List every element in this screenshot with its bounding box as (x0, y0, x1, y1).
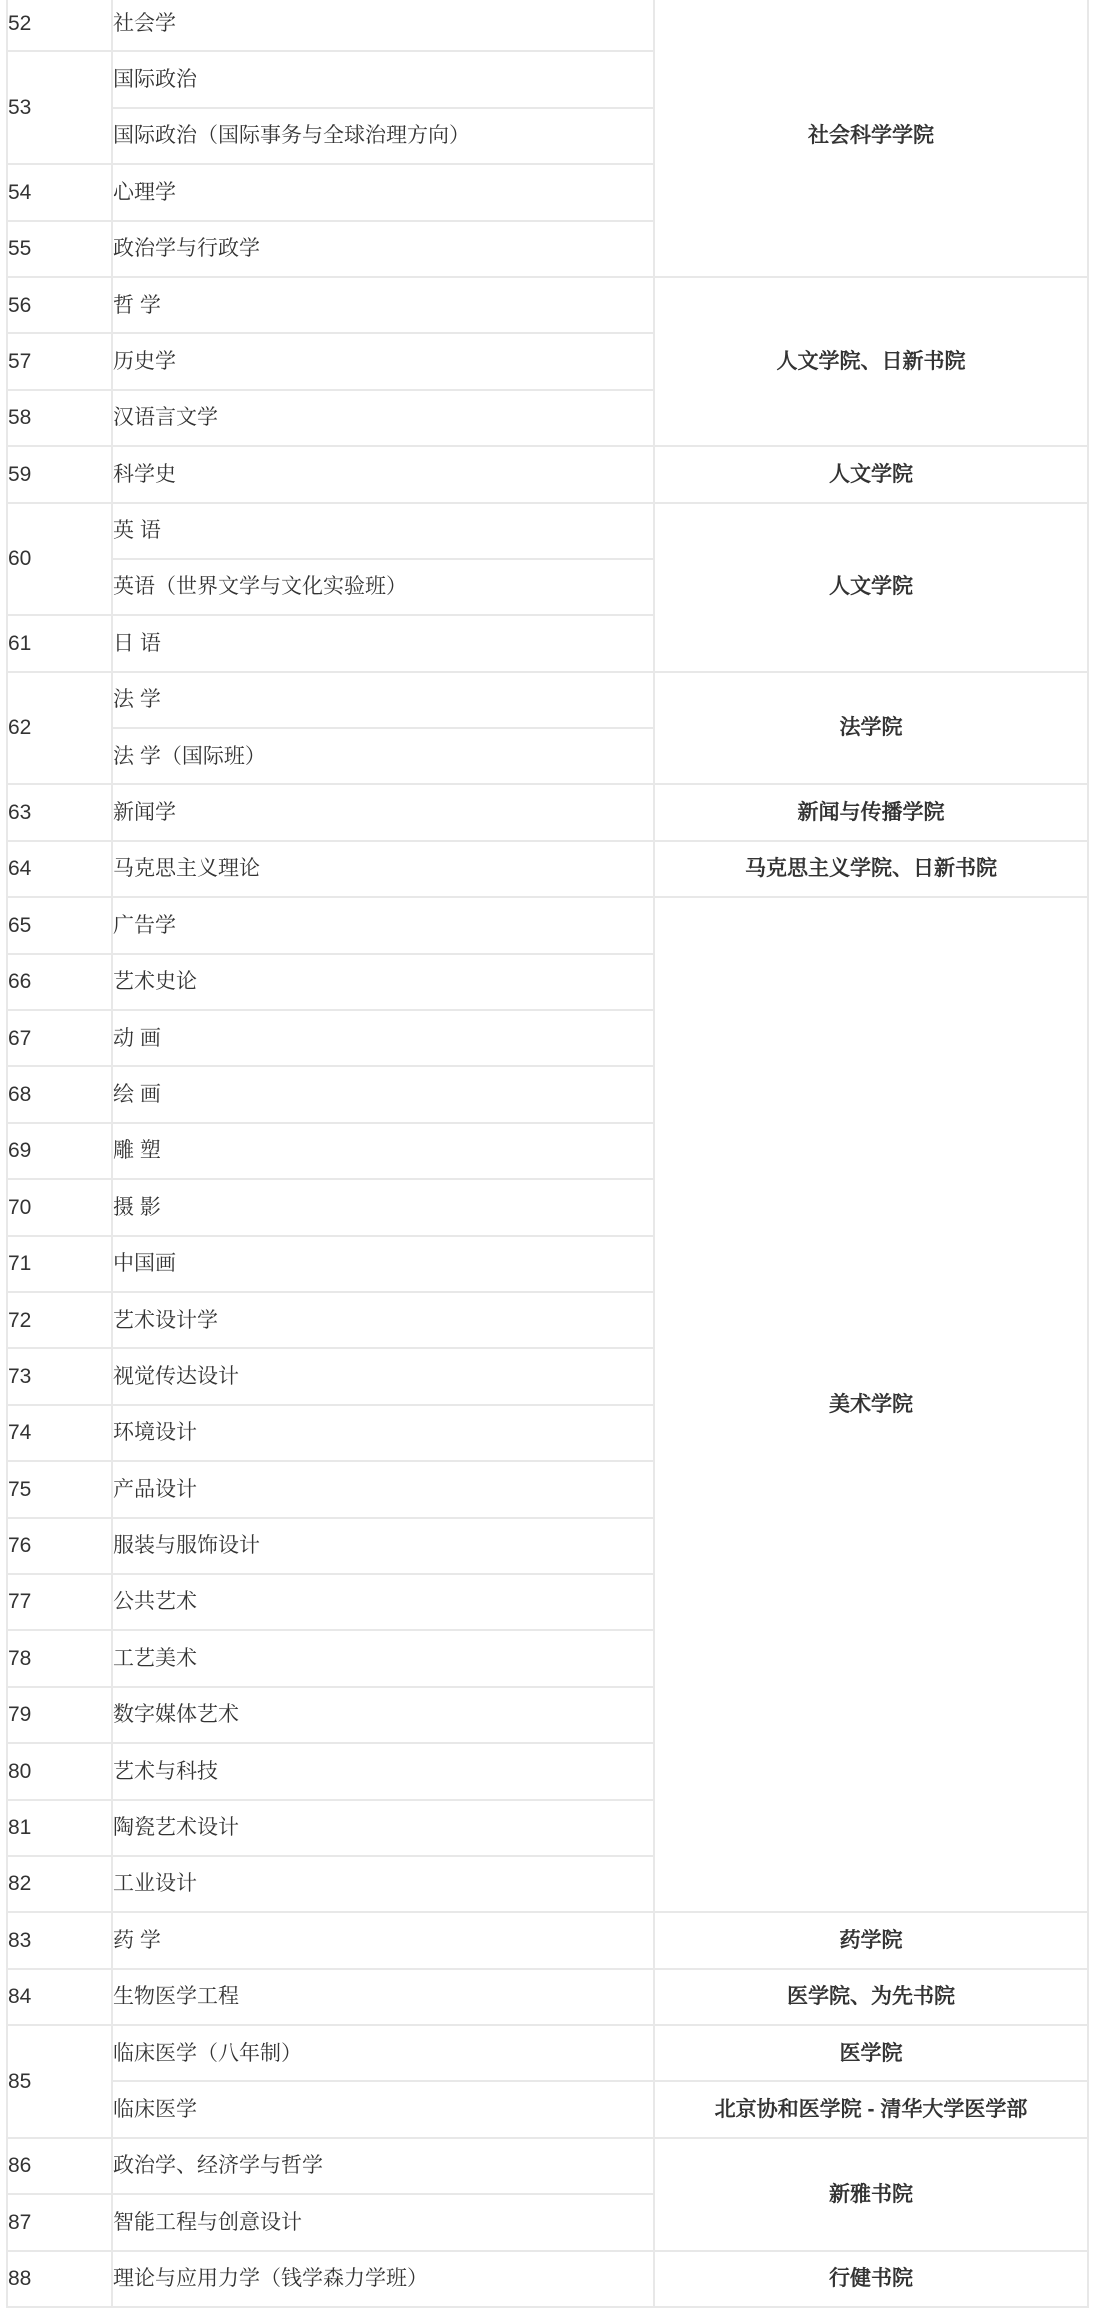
major-name: 汉语言文学 (112, 390, 654, 446)
row-number: 55 (7, 221, 112, 277)
college-name: 社会科学学院 (654, 0, 1088, 277)
major-name: 中国画 (112, 1236, 654, 1292)
table-row: 62 法 学 法学院 (7, 672, 1088, 728)
row-number: 78 (7, 1630, 112, 1686)
college-name: 美术学院 (654, 897, 1088, 1912)
row-number: 73 (7, 1348, 112, 1404)
major-name: 理论与应用力学（钱学森力学班） (112, 2251, 654, 2307)
row-number: 65 (7, 897, 112, 953)
college-name: 医学院 (654, 2025, 1088, 2081)
row-number: 63 (7, 784, 112, 840)
row-number: 72 (7, 1292, 112, 1348)
table-row: 88 理论与应用力学（钱学森力学班） 行健书院 (7, 2251, 1088, 2307)
major-name: 艺术史论 (112, 954, 654, 1010)
row-number: 71 (7, 1236, 112, 1292)
major-name: 英语（世界文学与文化实验班） (112, 559, 654, 615)
row-number: 80 (7, 1743, 112, 1799)
row-number: 58 (7, 390, 112, 446)
row-number: 66 (7, 954, 112, 1010)
major-name: 艺术设计学 (112, 1292, 654, 1348)
college-name: 人文学院 (654, 503, 1088, 672)
row-number: 61 (7, 615, 112, 671)
major-name: 国际政治 (112, 51, 654, 107)
table-row: 60 英 语 人文学院 (7, 503, 1088, 559)
college-name: 马克思主义学院、日新书院 (654, 841, 1088, 897)
table-row: 56 哲 学 人文学院、日新书院 (7, 277, 1088, 333)
major-name: 广告学 (112, 897, 654, 953)
major-name: 工业设计 (112, 1856, 654, 1912)
major-name: 科学史 (112, 446, 654, 502)
programs-table-wrapper: 52 社会学 社会科学学院 53 国际政治 国际政治（国际事务与全球治理方向） … (6, 0, 1087, 2308)
major-name: 数字媒体艺术 (112, 1687, 654, 1743)
major-name: 哲 学 (112, 277, 654, 333)
major-name: 新闻学 (112, 784, 654, 840)
table-row: 64 马克思主义理论 马克思主义学院、日新书院 (7, 841, 1088, 897)
major-name: 视觉传达设计 (112, 1348, 654, 1404)
major-name: 社会学 (112, 0, 654, 51)
major-name: 产品设计 (112, 1461, 654, 1517)
major-name: 绘 画 (112, 1066, 654, 1122)
row-number: 87 (7, 2194, 112, 2250)
row-number: 54 (7, 164, 112, 220)
row-number: 70 (7, 1179, 112, 1235)
row-number: 64 (7, 841, 112, 897)
row-number: 59 (7, 446, 112, 502)
college-name: 法学院 (654, 672, 1088, 785)
major-name: 临床医学 (112, 2081, 654, 2137)
row-number: 57 (7, 333, 112, 389)
major-name: 艺术与科技 (112, 1743, 654, 1799)
row-number: 52 (7, 0, 112, 51)
row-number: 69 (7, 1123, 112, 1179)
major-name: 工艺美术 (112, 1630, 654, 1686)
college-name: 北京协和医学院 - 清华大学医学部 (654, 2081, 1088, 2137)
major-name: 环境设计 (112, 1405, 654, 1461)
table-row: 65 广告学 美术学院 (7, 897, 1088, 953)
row-number: 88 (7, 2251, 112, 2307)
table-row: 85 临床医学（八年制） 医学院 (7, 2025, 1088, 2081)
major-name: 法 学（国际班） (112, 728, 654, 784)
college-name: 人文学院、日新书院 (654, 277, 1088, 446)
table-row: 83 药 学 药学院 (7, 1912, 1088, 1968)
college-name: 新雅书院 (654, 2138, 1088, 2251)
row-number: 77 (7, 1574, 112, 1630)
row-number: 83 (7, 1912, 112, 1968)
major-name: 药 学 (112, 1912, 654, 1968)
row-number: 84 (7, 1969, 112, 2025)
college-name: 医学院、为先书院 (654, 1969, 1088, 2025)
major-name: 生物医学工程 (112, 1969, 654, 2025)
major-name: 法 学 (112, 672, 654, 728)
college-name: 人文学院 (654, 446, 1088, 502)
major-name: 服装与服饰设计 (112, 1518, 654, 1574)
table-row: 59 科学史 人文学院 (7, 446, 1088, 502)
table-row: 临床医学 北京协和医学院 - 清华大学医学部 (7, 2081, 1088, 2137)
major-name: 日 语 (112, 615, 654, 671)
programs-table: 52 社会学 社会科学学院 53 国际政治 国际政治（国际事务与全球治理方向） … (6, 0, 1089, 2308)
major-name: 英 语 (112, 503, 654, 559)
college-name: 行健书院 (654, 2251, 1088, 2307)
major-name: 智能工程与创意设计 (112, 2194, 654, 2250)
row-number: 67 (7, 1010, 112, 1066)
college-name: 新闻与传播学院 (654, 784, 1088, 840)
table-row: 86 政治学、经济学与哲学 新雅书院 (7, 2138, 1088, 2194)
row-number: 68 (7, 1066, 112, 1122)
major-name: 临床医学（八年制） (112, 2025, 654, 2081)
major-name: 政治学与行政学 (112, 221, 654, 277)
row-number: 82 (7, 1856, 112, 1912)
major-name: 陶瓷艺术设计 (112, 1800, 654, 1856)
major-name: 摄 影 (112, 1179, 654, 1235)
major-name: 雕 塑 (112, 1123, 654, 1179)
major-name: 心理学 (112, 164, 654, 220)
row-number: 76 (7, 1518, 112, 1574)
row-number: 86 (7, 2138, 112, 2194)
major-name: 历史学 (112, 333, 654, 389)
row-number: 85 (7, 2025, 112, 2138)
college-name: 药学院 (654, 1912, 1088, 1968)
row-number: 56 (7, 277, 112, 333)
major-name: 国际政治（国际事务与全球治理方向） (112, 108, 654, 164)
major-name: 动 画 (112, 1010, 654, 1066)
row-number: 62 (7, 672, 112, 785)
row-number: 75 (7, 1461, 112, 1517)
major-name: 公共艺术 (112, 1574, 654, 1630)
row-number: 53 (7, 51, 112, 164)
table-row: 84 生物医学工程 医学院、为先书院 (7, 1969, 1088, 2025)
table-row: 63 新闻学 新闻与传播学院 (7, 784, 1088, 840)
row-number: 74 (7, 1405, 112, 1461)
row-number: 79 (7, 1687, 112, 1743)
major-name: 政治学、经济学与哲学 (112, 2138, 654, 2194)
row-number: 81 (7, 1800, 112, 1856)
table-row: 52 社会学 社会科学学院 (7, 0, 1088, 51)
major-name: 马克思主义理论 (112, 841, 654, 897)
row-number: 60 (7, 503, 112, 616)
